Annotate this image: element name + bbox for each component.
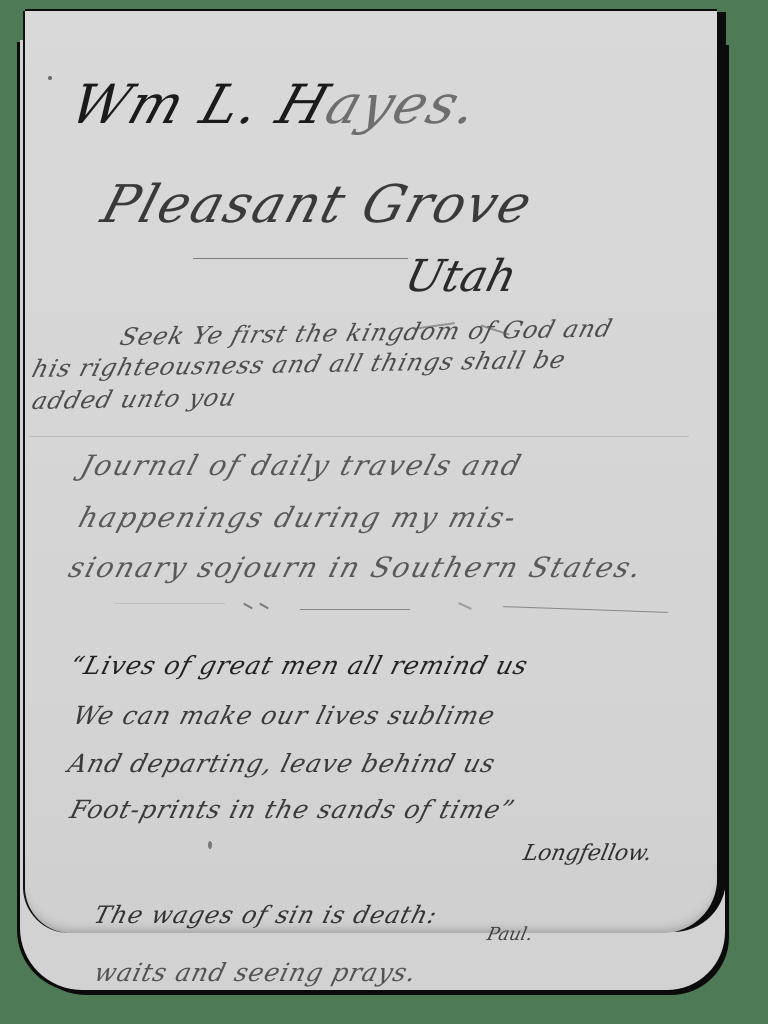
owner-name: Wm L. Hayes. — [63, 73, 488, 136]
ink-spot — [48, 76, 52, 80]
separator-tick — [259, 603, 269, 610]
ink-spot — [208, 841, 212, 849]
header-rule — [193, 258, 408, 259]
separator-rule — [115, 603, 225, 604]
poem-attribution: Longfellow. — [521, 841, 654, 866]
journal-line-1: Journal of daily travels and — [77, 449, 527, 482]
closing-quote-attribution: Paul. — [485, 924, 535, 945]
poem-line-1-text: “Lives of great men all remind us — [67, 651, 532, 680]
poem-line-1: “Lives of great men all remind us — [67, 651, 532, 680]
separator-rule — [503, 606, 668, 613]
separator-tick — [458, 602, 472, 610]
poem-line-2: We can make our lives sublime — [70, 701, 499, 730]
owner-name-light: ayes. — [318, 73, 488, 136]
scripture-line-2: his righteousness and all things shall b… — [29, 346, 569, 383]
separator-rule — [300, 609, 410, 610]
poem-line-3: And departing, leave behind us — [65, 749, 499, 778]
underlying-page-text: waits and seeing prays. — [91, 958, 618, 987]
closing-quote: The wages of sin is death: — [91, 901, 441, 929]
journal-page: Wm L. Hayes. Pleasant Grove Utah Seek Ye… — [25, 11, 717, 933]
poem-line-4: Foot-prints in the sands of time” — [67, 795, 518, 824]
journal-line-3: sionary sojourn in Southern States. — [65, 551, 647, 584]
state-name: Utah — [400, 251, 522, 302]
scanned-document: waits and seeing prays. Wm L. Hayes. Ple… — [0, 0, 768, 1024]
separator-tick — [243, 603, 253, 610]
journal-line-2: happenings during my mis- — [75, 501, 522, 534]
town-name: Pleasant Grove — [95, 175, 540, 235]
owner-name-dark: Wm L. H — [63, 73, 339, 136]
section-rule — [29, 436, 689, 437]
scripture-line-3: added unto you — [29, 383, 240, 415]
